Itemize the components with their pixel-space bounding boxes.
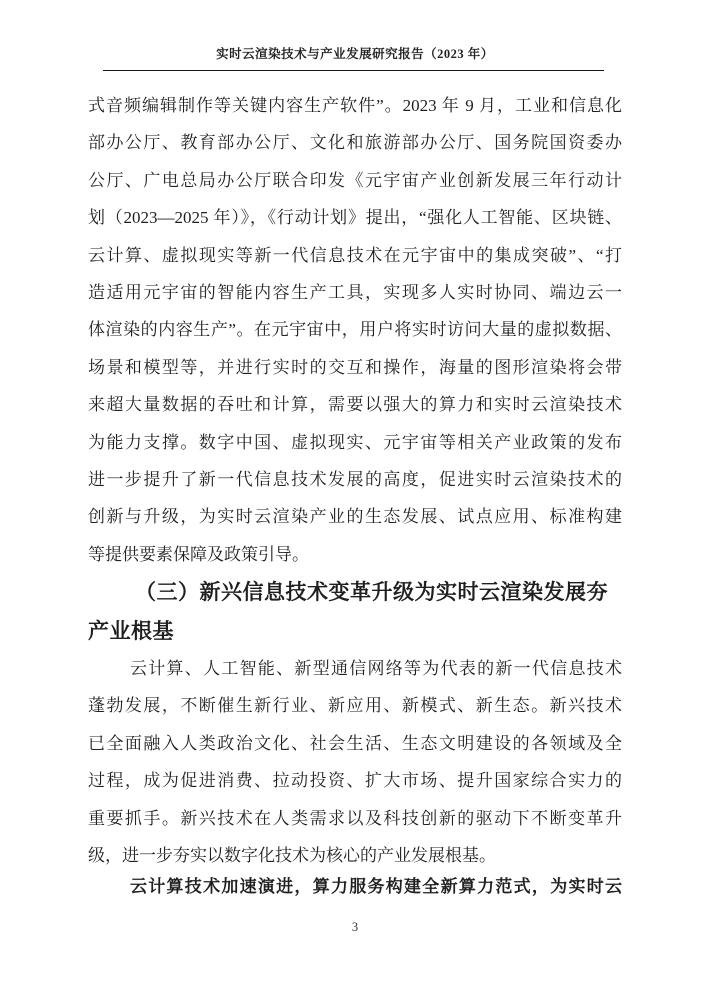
text-line: 公厅、广电总局办公厅联合印发《元宇宙产业创新发展三年行动计 — [88, 162, 622, 199]
text-line: 蓬勃发展，不断催生新行业、新应用、新模式、新生态。新兴技术 — [88, 687, 622, 724]
text-line: 部办公厅、教育部办公厅、文化和旅游部办公厅、国务院国资委办 — [88, 124, 622, 161]
section-heading: （三）新兴信息技术变革升级为实时云渲染发展夯实 产业根基 — [88, 573, 622, 650]
page-number: 3 — [0, 920, 710, 935]
text-line: 来超大量数据的吞吐和计算，需要以强大的算力和实时云渲染技术 — [88, 386, 622, 423]
header-divider — [103, 70, 604, 71]
text-line: 已全面融入人类政治文化、社会生活、生态文明建设的各领域及全 — [88, 725, 622, 762]
text-line: 划（2023—2025 年）》，《行动计划》提出，“强化人工智能、区块链、 — [88, 199, 622, 236]
document-page: 实时云渲染技术与产业发展研究报告（2023 年） 式音频编辑制作等关键内容生产软… — [0, 0, 710, 1004]
text-line: 等提供要素保障及政策引导。 — [88, 536, 622, 573]
text-line: 重要抓手。新兴技术在人类需求以及科技创新的驱动下不断变革升 — [88, 800, 622, 837]
text-line: 式音频编辑制作等关键内容生产软件”。2023 年 9 月，工业和信息化 — [88, 87, 622, 124]
text-line: 造适用元宇宙的智能内容生产工具，实现多人实时协同、端边云一 — [88, 274, 622, 311]
section-heading-line: （三）新兴信息技术变革升级为实时云渲染发展夯实 — [88, 573, 622, 612]
header-title: 实时云渲染技术与产业发展研究报告（2023 年） — [0, 44, 710, 62]
paragraph-3: 云计算技术加速演进，算力服务构建全新算力范式，为实时云 — [88, 868, 622, 905]
text-line: 云计算技术加速演进，算力服务构建全新算力范式，为实时云 — [88, 868, 622, 905]
text-line: 体渲染的内容生产”。在元宇宙中，用户将实时访问大量的虚拟数据、 — [88, 311, 622, 348]
text-line: 场景和模型等，并进行实时的交互和操作，海量的图形渲染将会带 — [88, 349, 622, 386]
text-line: 云计算、虚拟现实等新一代信息技术在元宇宙中的集成突破”、“打 — [88, 237, 622, 274]
document-body: 式音频编辑制作等关键内容生产软件”。2023 年 9 月，工业和信息化 部办公厅… — [88, 87, 622, 906]
section-heading-line: 产业根基 — [88, 612, 622, 651]
text-line: 进一步提升了新一代信息技术发展的高度，促进实时云渲染技术的 — [88, 461, 622, 498]
text-line: 创新与升级，为实时云渲染产业的生态发展、试点应用、标准构建 — [88, 498, 622, 535]
paragraph-1: 式音频编辑制作等关键内容生产软件”。2023 年 9 月，工业和信息化 部办公厅… — [88, 87, 622, 573]
text-line: 云计算、人工智能、新型通信网络等为代表的新一代信息技术 — [88, 650, 622, 687]
text-line: 为能力支撑。数字中国、虚拟现实、元宇宙等相关产业政策的发布 — [88, 424, 622, 461]
text-line: 过程，成为促进消费、拉动投资、扩大市场、提升国家综合实力的 — [88, 762, 622, 799]
paragraph-2: 云计算、人工智能、新型通信网络等为代表的新一代信息技术 蓬勃发展，不断催生新行业… — [88, 650, 622, 874]
